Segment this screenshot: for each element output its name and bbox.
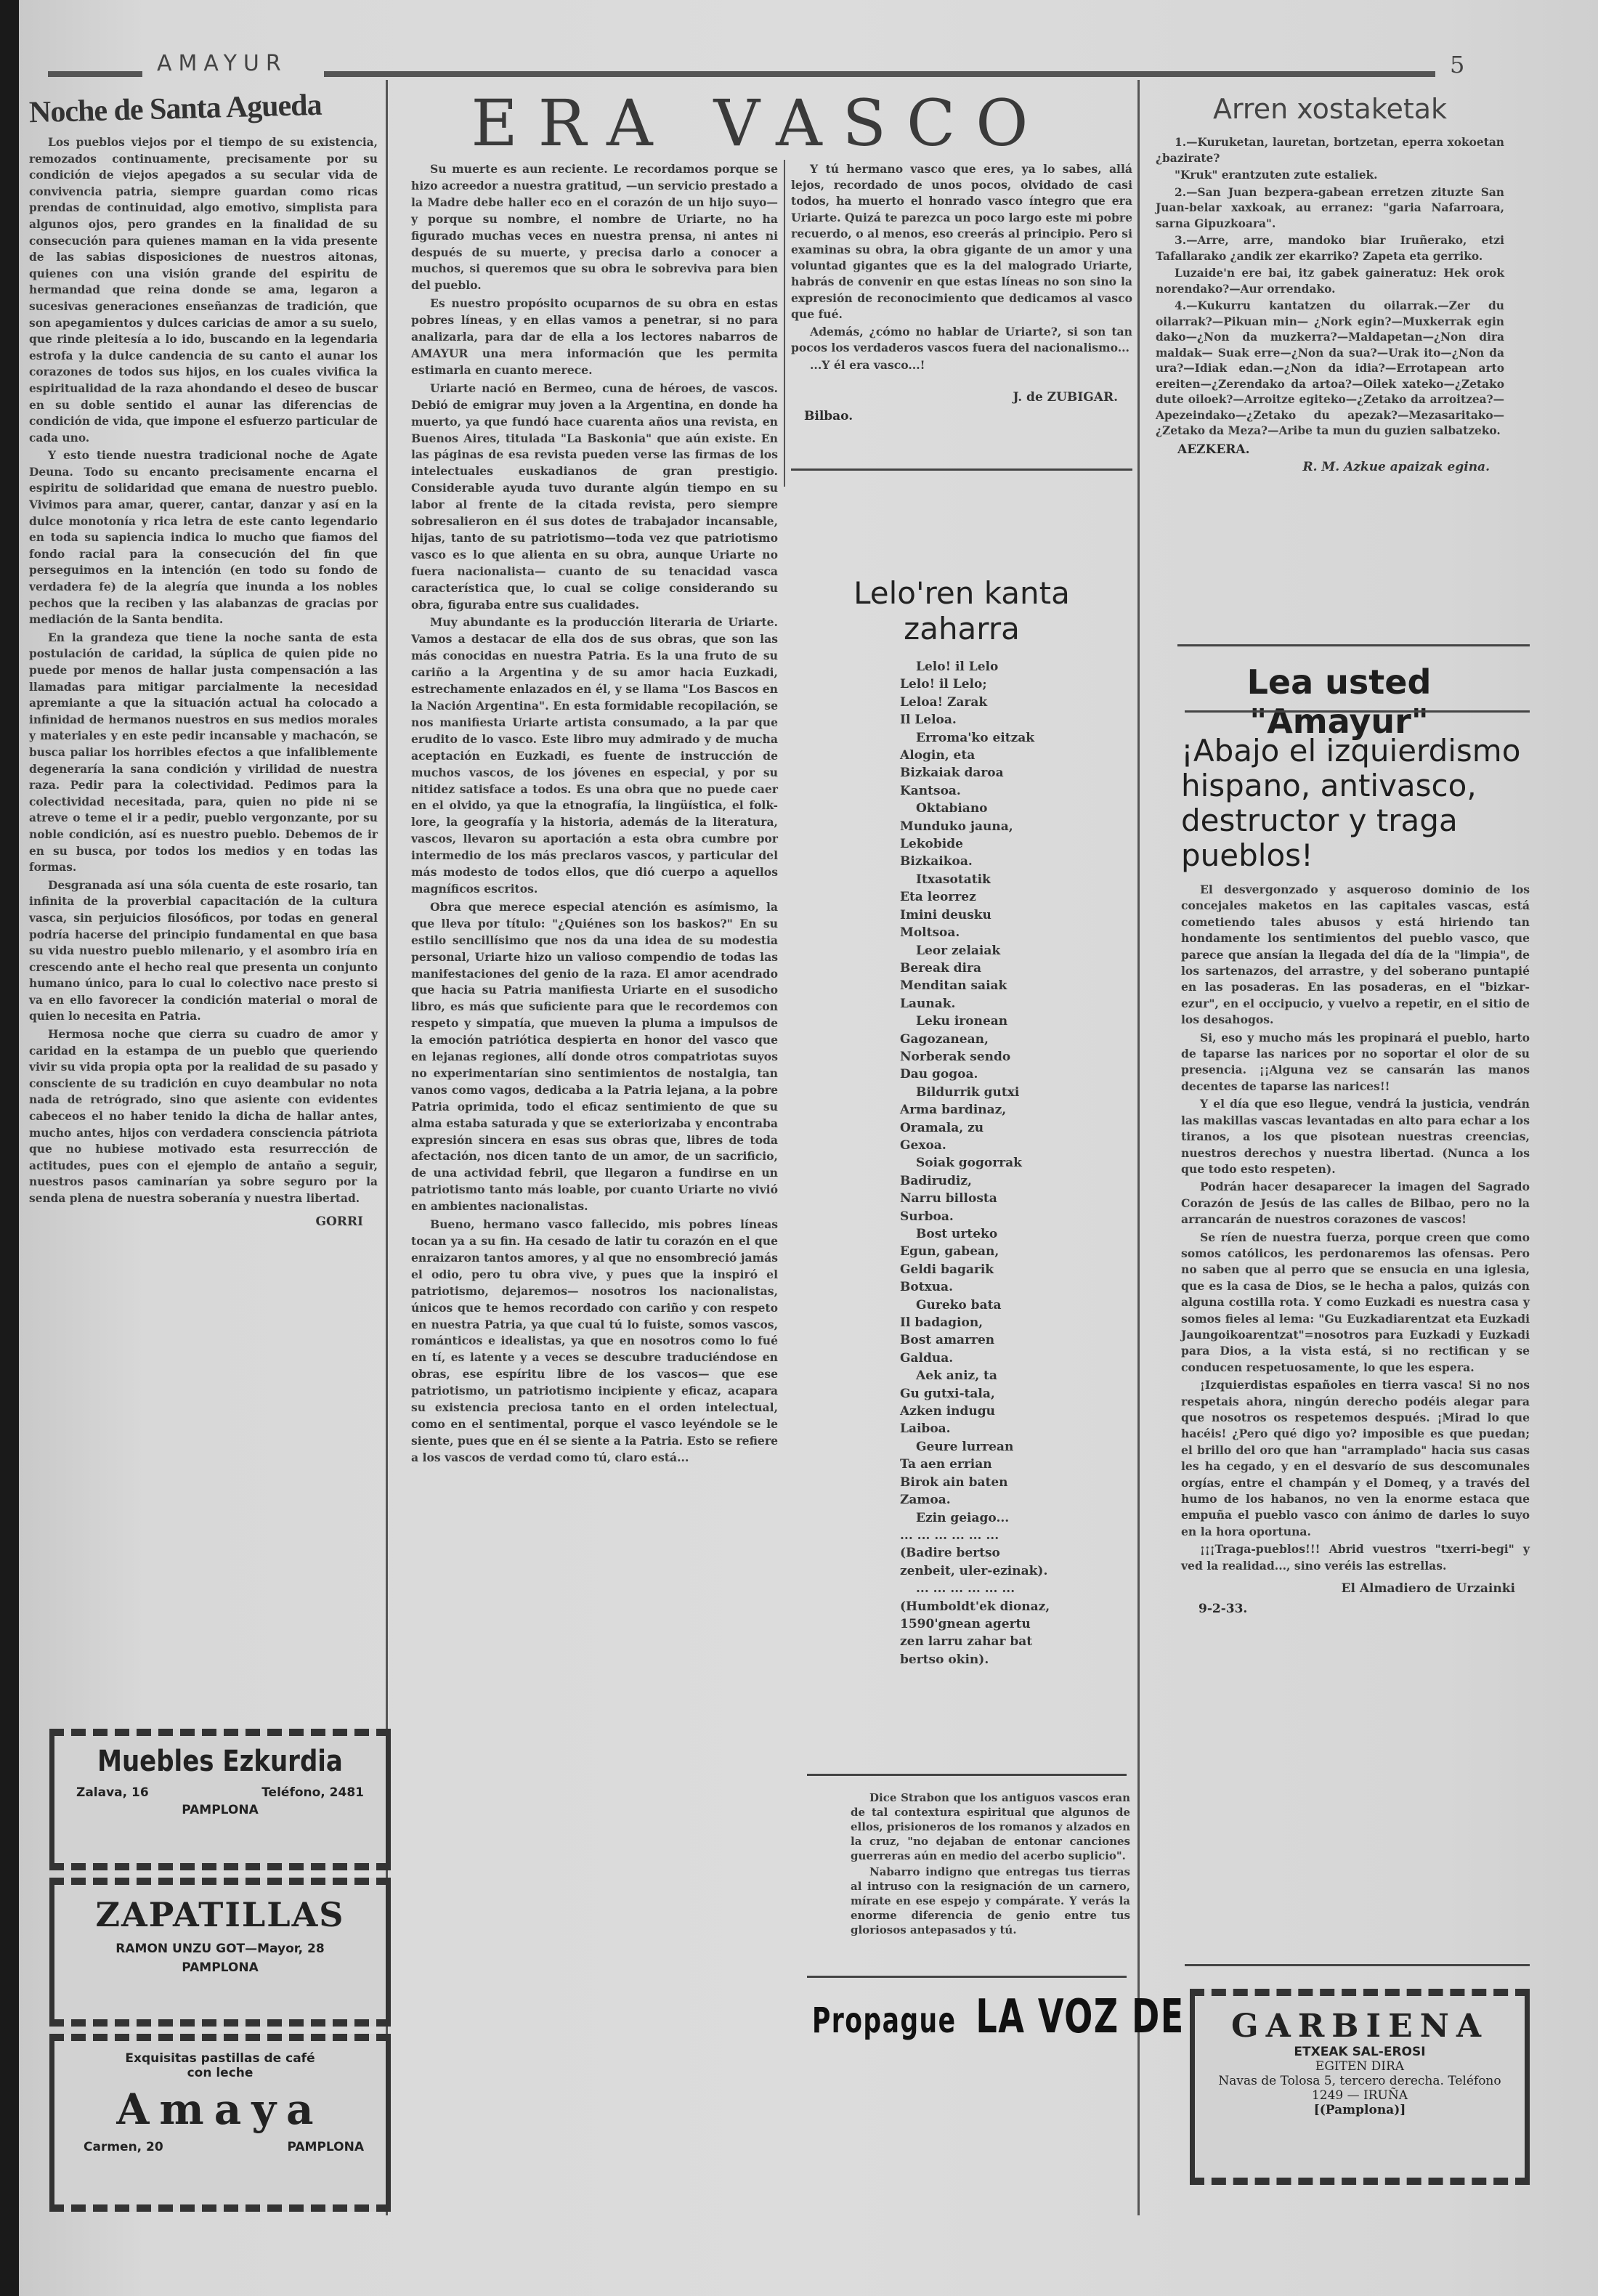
- poem-line: Gexoa.: [900, 1137, 1132, 1154]
- newspaper-page: AMAYUR 5 Noche de Santa Agueda Los puebl…: [19, 0, 1598, 2296]
- ad-city: [(Pamplona)]: [1195, 2103, 1525, 2117]
- poem-line: Munduko jauna,: [900, 818, 1132, 835]
- paragraph: Y esto tiende nuestra tradicional noche …: [29, 447, 378, 628]
- masthead-rule-left: [48, 71, 142, 77]
- poem-line: bertso okin).: [900, 1651, 1132, 1668]
- article-date: 9-2-33.: [1198, 1602, 1530, 1616]
- paragraph: El desvergonzado y asqueroso dominio de …: [1181, 882, 1530, 1029]
- poem-line: Alogin, eta: [900, 747, 1132, 764]
- poem-line: Arma bardinaz,: [900, 1101, 1132, 1119]
- poem-line: Galdua.: [900, 1350, 1132, 1367]
- poem-line: Bizkaikoa.: [900, 853, 1132, 870]
- article-title: Noche de Santa Agueda: [28, 86, 378, 131]
- poem-line: (Humboldt'ek dionaz,: [900, 1598, 1132, 1615]
- ad-address: Carmen, 20: [84, 2140, 163, 2154]
- poem-line: Bereak dira: [900, 960, 1132, 977]
- article-body: El desvergonzado y asqueroso dominio de …: [1181, 882, 1530, 1574]
- paragraph: Nabarro indigno que entregas tus tierras…: [851, 1865, 1130, 1937]
- paragraph: Su muerte es aun reciente. Le recordamos…: [411, 161, 778, 294]
- poem-line: Kantsoa.: [900, 782, 1132, 800]
- poem-line: Botxua.: [900, 1278, 1132, 1296]
- poem-line: Egun, gabean,: [900, 1243, 1132, 1260]
- ad-tagline: con leche: [54, 2066, 386, 2080]
- poem-line: Il Leloa.: [900, 711, 1132, 729]
- section-divider: [1177, 644, 1530, 646]
- poem-line: Gu gutxi-tala,: [900, 1385, 1132, 1403]
- poem-line: Menditan saiak: [900, 977, 1132, 994]
- paragraph: Desgranada así una sóla cuenta de este r…: [29, 877, 378, 1025]
- article-noche-santa-agueda: Noche de Santa Agueda Los pueblos viejos…: [29, 91, 378, 1229]
- ad-city: PAMPLONA: [54, 1960, 386, 1975]
- ad-amaya: Exquisitas pastillas de café con leche A…: [49, 2034, 391, 2212]
- poem-title: Lelo'ren kanta zaharra: [791, 575, 1132, 646]
- poem-line: Leku ironean: [900, 1013, 1132, 1030]
- section-divider: [807, 1976, 1127, 1978]
- poem-line: Oramala, zu: [900, 1119, 1132, 1137]
- article-title: ERA VASCO: [397, 86, 1123, 161]
- poem-line: Erroma'ko eitzak: [900, 729, 1132, 747]
- poem-line: Zamoa.: [900, 1491, 1132, 1509]
- poem-line: Bildurrik gutxi: [900, 1084, 1132, 1101]
- note-body: Dice Strabon que los antiguos vascos era…: [851, 1790, 1130, 1937]
- article-body: Los pueblos viejos por el tiempo de su e…: [29, 134, 378, 1207]
- poem-line: zen larru zahar bat: [900, 1633, 1132, 1650]
- poem-line: Leloa! Zarak: [900, 694, 1132, 711]
- ad-title: Amaya: [54, 2085, 386, 2134]
- poem-body: Lelo! il LeloLelo! il Lelo;Leloa! ZarakI…: [900, 658, 1132, 1668]
- poem-line: ... ... ... ... ... ...: [900, 1527, 1132, 1544]
- article-body: Su muerte es aun reciente. Le recordamos…: [411, 161, 778, 1467]
- masthead-rule-right: [324, 71, 1435, 77]
- ad-garbiena: GARBIENA ETXEAK SAL-EROSI EGITEN DIRA Na…: [1190, 1989, 1530, 2185]
- ad-tagline: Exquisitas pastillas de café: [54, 2051, 386, 2066]
- poem-line: Il badagion,: [900, 1314, 1132, 1331]
- poem-line: Gagozanean,: [900, 1031, 1132, 1048]
- ad-city: PAMPLONA: [54, 1803, 386, 1817]
- paragraph: Los pueblos viejos por el tiempo de su e…: [29, 134, 378, 446]
- masthead: AMAYUR 5: [48, 51, 1515, 80]
- ad-line: ETXEAK SAL-EROSI: [1195, 2045, 1525, 2059]
- poem-line: 1590'gnean agertu: [900, 1615, 1132, 1633]
- ad-city: PAMPLONA: [288, 2140, 365, 2154]
- paragraph: Luzaide'n ere bai, itz gabek gaineratuz:…: [1156, 266, 1504, 297]
- poem-line: ... ... ... ... ... ...: [900, 1580, 1132, 1597]
- page-number: 5: [1450, 51, 1464, 78]
- poem-line: Moltsoa.: [900, 924, 1132, 941]
- article-body: 1.—Kuruketan, lauretan, bortzetan, eperr…: [1156, 135, 1504, 439]
- ad-zapatillas: ZAPATILLAS RAMON UNZU GOT—Mayor, 28 PAMP…: [49, 1878, 391, 2027]
- paragraph: 4.—Kukurru kantatzen du oilarrak.—Zer du…: [1156, 299, 1504, 439]
- paragraph: Bueno, hermano vasco fallecido, mis pobr…: [411, 1217, 778, 1467]
- paragraph: Obra que merece especial atención es así…: [411, 899, 778, 1215]
- poem-line: Ta aen errian: [900, 1456, 1132, 1473]
- article-place: Bilbao.: [804, 409, 1132, 423]
- dialect-label: AEZKERA.: [1177, 442, 1504, 457]
- poem-line: Geure lurrean: [900, 1438, 1132, 1456]
- ad-title: GARBIENA: [1195, 2008, 1525, 2045]
- poem-line: Dau gogoa.: [900, 1066, 1132, 1083]
- section-divider: [1185, 1964, 1530, 1966]
- paragraph: 2.—San Juan bezpera-gabean erretzen zitu…: [1156, 185, 1504, 232]
- article-signature: El Almadiero de Urzainki: [1181, 1581, 1515, 1596]
- paragraph: Podrán hacer desaparecer la imagen del S…: [1181, 1179, 1530, 1228]
- article-arren-xostaketak: Arren xostaketak 1.—Kuruketan, lauretan,…: [1156, 93, 1504, 474]
- poem-line: Bost urteko: [900, 1225, 1132, 1243]
- poem-line: Leor zelaiak: [900, 942, 1132, 960]
- section-divider: [807, 1774, 1127, 1776]
- poem-line: Soiak gogorrak: [900, 1154, 1132, 1172]
- poem-line: Azken indugu: [900, 1403, 1132, 1420]
- poem-line: Norberak sendo: [900, 1048, 1132, 1066]
- paragraph: "Kruk" erantzuten zute estaliek.: [1156, 168, 1504, 184]
- paragraph: 1.—Kuruketan, lauretan, bortzetan, eperr…: [1156, 135, 1504, 166]
- poem-line: Geldi bagarik: [900, 1261, 1132, 1278]
- ad-muebles-ezkurdia: Muebles Ezkurdia Zalava, 16 Teléfono, 24…: [49, 1729, 391, 1870]
- poem-line: Gureko bata: [900, 1297, 1132, 1314]
- poem-line: Bizkaiak daroa: [900, 764, 1132, 782]
- promo-lea-usted: Lea usted "Amayur": [1156, 662, 1522, 741]
- poem-line: zenbeit, uler-ezinak).: [900, 1562, 1132, 1580]
- paragraph: Se ríen de nuestra fuerza, porque creen …: [1181, 1230, 1530, 1376]
- note-strabon: Dice Strabon que los antiguos vascos era…: [851, 1790, 1130, 1937]
- poem-line: Lekobide: [900, 835, 1132, 853]
- poem-line: Laiboa.: [900, 1420, 1132, 1437]
- paragraph: ¡Izquierdistas españoles en tierra vasca…: [1181, 1377, 1530, 1540]
- ad-phone: Teléfono, 2481: [261, 1785, 364, 1800]
- section-divider: [1185, 710, 1530, 713]
- banner-prefix: Propague: [812, 2000, 956, 2041]
- paragraph: Es nuestro propósito ocuparnos de su obr…: [411, 296, 778, 379]
- paragraph: En la grandeza que tiene la noche santa …: [29, 630, 378, 876]
- poem-line: Itxasotatik: [900, 871, 1132, 888]
- article-title: Arren xostaketak: [1156, 93, 1504, 125]
- poem-line: Launak.: [900, 995, 1132, 1013]
- article-signature: GORRI: [29, 1214, 363, 1229]
- paragraph: Muy abundante es la producción literaria…: [411, 614, 778, 897]
- article-signature: J. de ZUBIGAR.: [791, 390, 1118, 405]
- poem-line: Bost amarren: [900, 1331, 1132, 1349]
- ad-title: Muebles Ezkurdia: [79, 1745, 361, 1778]
- article-abajo-izquierdismo: ¡Abajo el izquierdismo hispano, antivasc…: [1181, 734, 1530, 1616]
- poem-line: Imini deusku: [900, 906, 1132, 924]
- poem-line: Aek aniz, ta: [900, 1367, 1132, 1384]
- poem-line: Birok ain baten: [900, 1474, 1132, 1491]
- article-era-vasco-right: Y tú hermano vasco que eres, ya lo sabes…: [791, 161, 1132, 423]
- paragraph: ¡¡¡Traga-pueblos!!! Abrid vuestros "txer…: [1181, 1541, 1530, 1574]
- poem-line: Lelo! il Lelo: [900, 658, 1132, 676]
- poem-line: (Badire bertso: [900, 1544, 1132, 1562]
- ad-address: Zalava, 16: [76, 1785, 149, 1800]
- poem-line: Eta leorrez: [900, 888, 1132, 906]
- newspaper-name: AMAYUR: [157, 51, 288, 76]
- banner-la-voz-de-navarra: Propague LA VOZ DE NAVARRA: [812, 1990, 1132, 2044]
- article-body: Y tú hermano vasco que eres, ya lo sabes…: [791, 161, 1132, 374]
- article-era-vasco-left: Su muerte es aun reciente. Le recordamos…: [411, 161, 778, 1467]
- ad-address: Navas de Tolosa 5, tercero derecha. Telé…: [1195, 2074, 1525, 2103]
- poem-line: Ezin geiago...: [900, 1509, 1132, 1527]
- section-divider: [791, 468, 1132, 471]
- poem-line: Narru billosta: [900, 1190, 1132, 1207]
- ad-address: RAMON UNZU GOT—Mayor, 28: [54, 1942, 386, 1956]
- poem-line: Surboa.: [900, 1208, 1132, 1225]
- paragraph: Dice Strabon que los antiguos vascos era…: [851, 1790, 1130, 1863]
- paragraph: Y tú hermano vasco que eres, ya lo sabes…: [791, 161, 1132, 323]
- paragraph: Si, eso y mucho más les propinará el pue…: [1181, 1030, 1530, 1095]
- paragraph: Uriarte nació en Bermeo, cuna de héroes,…: [411, 381, 778, 614]
- ad-line: EGITEN DIRA: [1195, 2059, 1525, 2074]
- paragraph: ...Y él era vasco...!: [791, 357, 1132, 373]
- ad-title: ZAPATILLAS: [54, 1895, 386, 1934]
- paragraph: 3.—Arre, arre, mandoko biar Iruñerako, e…: [1156, 233, 1504, 264]
- article-title: ¡Abajo el izquierdismo hispano, antivasc…: [1181, 734, 1530, 873]
- poem-lelo: Lelo'ren kanta zaharra Lelo! il LeloLelo…: [791, 575, 1132, 1668]
- column-divider: [1137, 80, 1140, 2215]
- paragraph: Además, ¿cómo no hablar de Uriarte?, si …: [791, 324, 1132, 356]
- poem-line: Oktabiano: [900, 800, 1132, 817]
- poem-line: Lelo! il Lelo;: [900, 676, 1132, 693]
- paragraph: Hermosa noche que cierra su cuadro de am…: [29, 1026, 378, 1207]
- poem-line: Badirudiz,: [900, 1172, 1132, 1190]
- paragraph: Y el día que eso llegue, vendrá la justi…: [1181, 1096, 1530, 1177]
- column-divider: [784, 160, 785, 487]
- article-signature: R. M. Azkue apaizak egina.: [1156, 460, 1490, 474]
